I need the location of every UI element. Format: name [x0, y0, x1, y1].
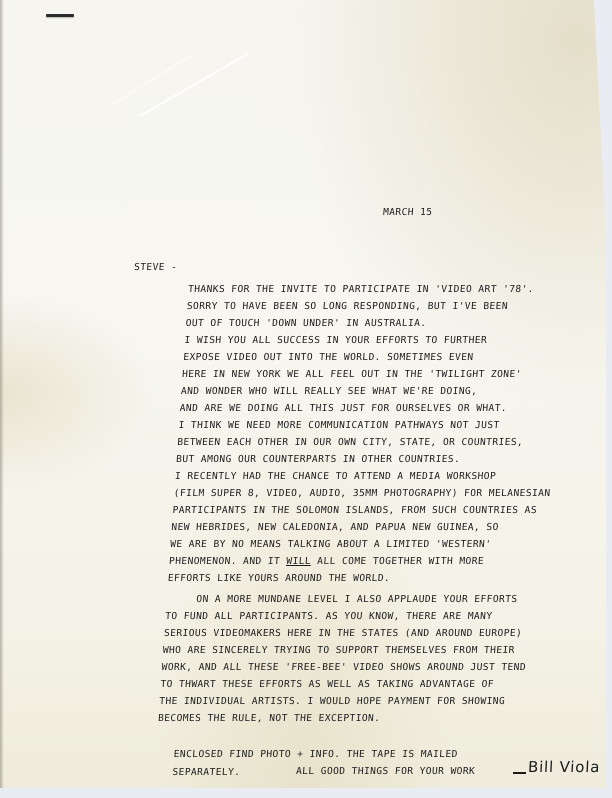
body-line: New Hebrides, New Caledonia, and Papua N…	[171, 519, 549, 536]
signoff-dash	[513, 772, 526, 774]
body-line: between each other in our own city, stat…	[177, 434, 555, 451]
body-line: I think we need more communication pathw…	[178, 417, 556, 434]
body-line: I recently had the chance to attend a me…	[174, 468, 552, 485]
body-line: efforts like yours around the world.	[167, 570, 545, 587]
staple-mark	[46, 14, 74, 17]
body-line-with-underline: phenomenon. And it will all come togethe…	[168, 553, 546, 570]
body-line: I wish you all success in your efforts t…	[184, 332, 562, 349]
letter-salutation: Steve -	[134, 262, 178, 273]
paper-crease	[140, 53, 249, 117]
body-line: and wonder who will really see what we'r…	[180, 383, 558, 400]
body-line: work, and all these 'free-bee' video sho…	[161, 659, 539, 676]
body-line: who are sincerely trying to support them…	[162, 642, 540, 659]
signature: Bill Viola	[528, 758, 601, 776]
body-line: the individual artists. I would hope pay…	[159, 693, 537, 710]
letter-body: Thanks for the invite to participate in …	[157, 281, 565, 727]
body-line: On a more mundane level I also applaude …	[166, 591, 544, 608]
body-line: participants in the Solomon Islands, fro…	[172, 502, 550, 519]
underlined-word: will	[286, 556, 311, 567]
letter-date: March 15	[383, 207, 433, 218]
body-line: here in New York we all feel out in the …	[181, 366, 559, 383]
body-line: Sorry to have been so long responding, b…	[186, 298, 564, 315]
body-line: becomes the rule, not the exception.	[157, 710, 535, 727]
body-line: to fund all participants. As you know, t…	[165, 608, 543, 625]
letter-page: March 15 Steve - Thanks for the invite t…	[0, 0, 606, 788]
letter-signoff: All good things for your work	[296, 766, 476, 777]
paper-crease	[109, 55, 191, 107]
body-line: (film super 8, video, audio, 35mm photog…	[173, 485, 551, 502]
body-line: expose video out into the world. Sometim…	[183, 349, 561, 366]
body-line: Thanks for the invite to participate in …	[187, 281, 565, 298]
body-line: and are we doing all this just for ourse…	[179, 400, 557, 417]
closing-line: Enclosed find photo + info. The tape is …	[173, 746, 458, 764]
body-line: out of touch 'down under' in Australia.	[185, 315, 563, 332]
body-line: to thwart these efforts as well as takin…	[160, 676, 538, 693]
body-line: but among our counterparts in other coun…	[176, 451, 554, 468]
body-line: we are by no means talking about a limit…	[170, 536, 548, 553]
body-line: serious videomakers here in the States (…	[163, 625, 541, 642]
